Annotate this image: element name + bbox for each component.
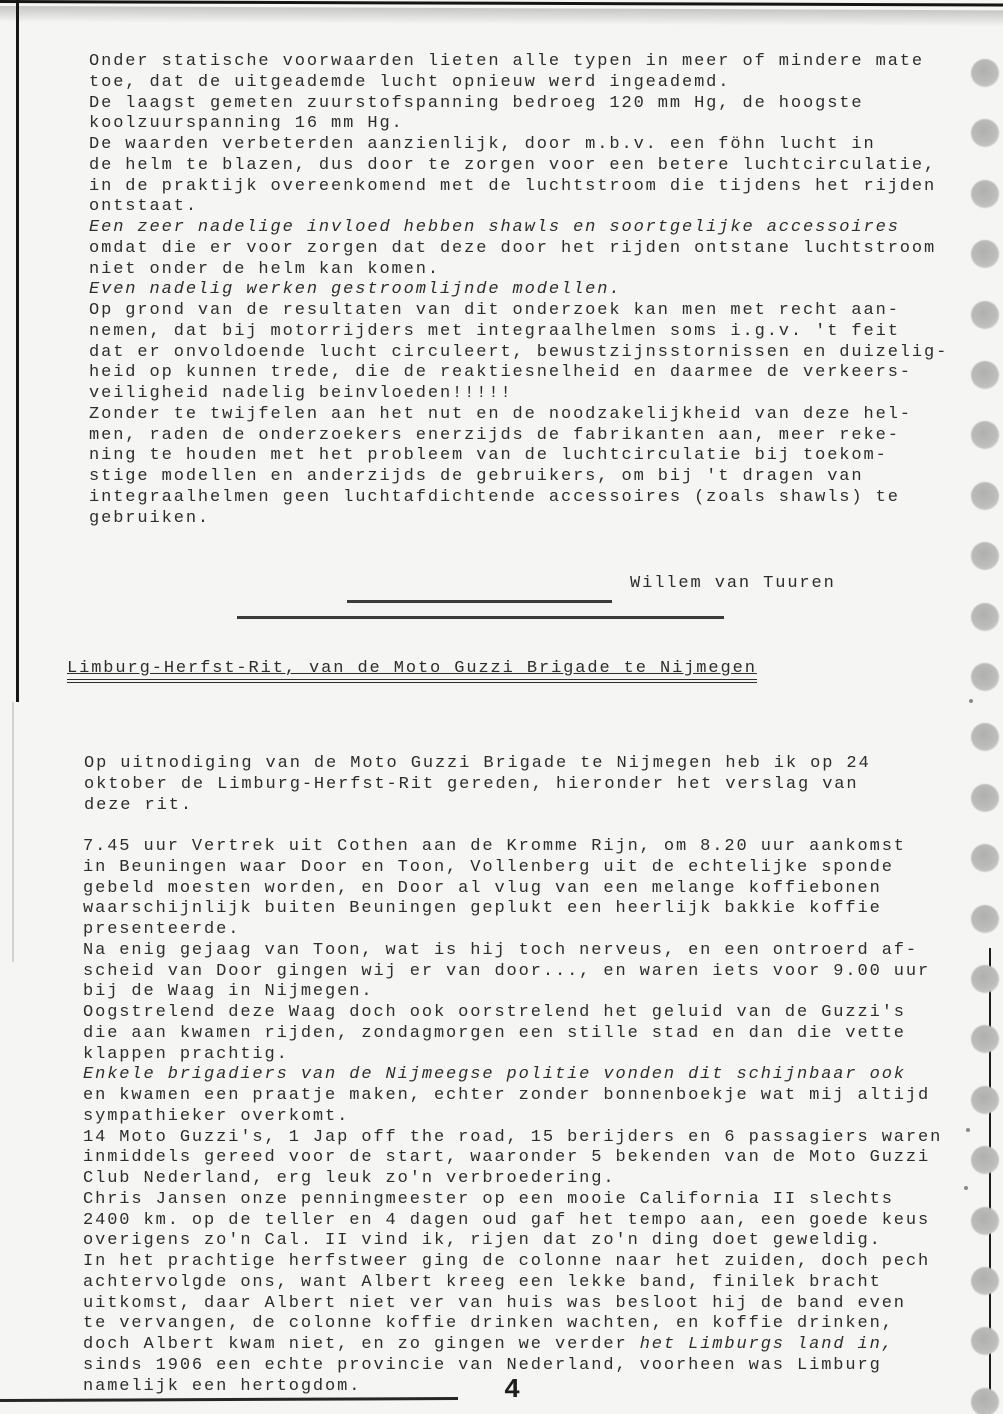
text-line: De waarden verbeterden aanzienlijk, door… xyxy=(89,135,948,156)
text-line: sympathieker overkomt. xyxy=(83,1107,942,1128)
text-line: Een zeer nadelige invloed hebben shawls … xyxy=(89,218,948,239)
text-segment: stige modellen en anderzijds de gebruike… xyxy=(89,467,864,486)
text-line: Chris Jansen onze penningmeester op een … xyxy=(83,1190,942,1211)
text-segment-italic: het Limburgs land in, xyxy=(640,1335,894,1354)
section-heading: Limburg-Herfst-Rit, van de Moto Guzzi Br… xyxy=(67,659,757,683)
text-line: De laagst gemeten zuurstofspanning bedro… xyxy=(89,94,948,115)
text-line: scheid van Door gingen wij er van door..… xyxy=(83,962,942,983)
binder-hole xyxy=(971,59,999,87)
helmet-article-paragraphs: Onder statische voorwaarden lieten alle … xyxy=(89,52,948,529)
binder-hole xyxy=(971,1025,999,1053)
text-segment: 14 Moto Guzzi's, 1 Jap off the road, 15 … xyxy=(83,1128,942,1147)
text-line: 2400 km. op de teller en 4 dagen oud gaf… xyxy=(83,1211,942,1232)
text-segment: gebruiken. xyxy=(89,509,210,528)
scan-bottom-rule xyxy=(0,1397,458,1402)
text-line: veiligheid nadelig beinvloeden!!!!! xyxy=(89,384,948,405)
binder-hole xyxy=(971,905,999,933)
text-line: en kwamen een praatje maken, echter zond… xyxy=(83,1086,942,1107)
text-segment: In het prachtige herfstweer ging de colo… xyxy=(83,1252,930,1271)
signature: Willem van Tuuren xyxy=(630,574,836,595)
typed-rule-short xyxy=(347,600,612,603)
text-segment-italic: Enkele brigadiers van de Nijmeegse polit… xyxy=(83,1065,906,1084)
text-line: waarschijnlijk buiten Beuningen geplukt … xyxy=(83,899,942,920)
text-segment: sinds 1906 een echte provincie van Neder… xyxy=(83,1356,882,1375)
text-line: koolzuurspanning 16 mm Hg. xyxy=(89,114,948,135)
text-line: nemen, dat bij motorrijders met integraa… xyxy=(89,322,948,343)
ride-report-body: 7.45 uur Vertrek uit Cothen aan de Kromm… xyxy=(83,837,942,1397)
binder-hole xyxy=(971,482,999,510)
text-line: doch Albert kwam niet, en zo gingen we v… xyxy=(83,1335,942,1356)
binder-hole xyxy=(971,119,999,147)
text-segment: Oogstrelend deze Waag doch ook oorstrele… xyxy=(83,1003,906,1022)
text-line: ontstaat. xyxy=(89,197,948,218)
binder-hole xyxy=(971,301,999,329)
binder-hole xyxy=(971,180,999,208)
text-segment: niet onder de helm kan komen. xyxy=(89,260,440,279)
binder-hole xyxy=(971,603,999,631)
binder-hole xyxy=(971,1146,999,1174)
text-segment: Op uitnodiging van de Moto Guzzi Brigade… xyxy=(84,754,871,773)
binder-hole xyxy=(971,1388,999,1414)
text-segment: toe, dat de uitgeademde lucht opnieuw we… xyxy=(89,73,730,92)
text-line: In het prachtige herfstweer ging de colo… xyxy=(83,1252,942,1273)
text-segment: De laagst gemeten zuurstofspanning bedro… xyxy=(89,94,864,113)
text-line: klappen prachtig. xyxy=(83,1045,942,1066)
scan-speck xyxy=(969,699,973,703)
text-segment: koolzuurspanning 16 mm Hg. xyxy=(89,114,404,133)
text-segment: 2400 km. op de teller en 4 dagen oud gaf… xyxy=(83,1211,930,1230)
text-segment: bij de Waag in Nijmegen. xyxy=(83,982,373,1001)
text-segment: 7.45 uur Vertrek uit Cothen aan de Kromm… xyxy=(83,837,906,856)
document-page: Onder statische voorwaarden lieten alle … xyxy=(0,0,1003,1414)
text-line: presenteerde. xyxy=(83,920,942,941)
text-segment: en kwamen een praatje maken, echter zond… xyxy=(83,1086,930,1105)
text-line: oktober de Limburg-Herfst-Rit gereden, h… xyxy=(84,775,871,796)
text-line: in Beuningen waar Door en Toon, Vollenbe… xyxy=(83,858,942,879)
text-segment: achtervolgde ons, want Albert kreeg een … xyxy=(83,1273,882,1292)
text-segment: overigens zo'n Cal. II vind ik, rijen da… xyxy=(83,1231,882,1250)
scan-speck xyxy=(966,1128,970,1132)
binder-hole xyxy=(971,1267,999,1295)
text-line: Na enig gejaag van Toon, wat is hij toch… xyxy=(83,941,942,962)
text-segment: heid op kunnen trede, die de reaktiesnel… xyxy=(89,363,912,382)
text-line: men, raden de onderzoekers enerzijds de … xyxy=(89,426,948,447)
text-segment: scheid van Door gingen wij er van door..… xyxy=(83,962,930,981)
text-line: gebeld moesten worden, en Door al vlug v… xyxy=(83,879,942,900)
text-line: Op uitnodiging van de Moto Guzzi Brigade… xyxy=(84,754,871,775)
text-segment: Onder statische voorwaarden lieten alle … xyxy=(89,52,924,71)
text-segment-italic: Een zeer nadelige invloed hebben shawls … xyxy=(89,218,900,237)
binder-hole xyxy=(971,723,999,751)
binder-hole xyxy=(971,421,999,449)
text-line: niet onder de helm kan komen. xyxy=(89,260,948,281)
text-segment: deze rit. xyxy=(84,796,193,815)
scan-top-shadow xyxy=(0,6,1003,26)
text-segment: doch Albert kwam niet, en zo gingen we v… xyxy=(83,1335,640,1354)
text-line: Oogstrelend deze Waag doch ook oorstrele… xyxy=(83,1003,942,1024)
text-line: toe, dat de uitgeademde lucht opnieuw we… xyxy=(89,73,948,94)
text-segment: dat er onvoldoende lucht circuleert, bew… xyxy=(89,343,948,362)
text-line: integraalhelmen geen luchtafdichtende ac… xyxy=(89,488,948,509)
text-line: de helm te blazen, dus door te zorgen vo… xyxy=(89,156,948,177)
text-segment: Na enig gejaag van Toon, wat is hij toch… xyxy=(83,941,918,960)
text-line: Op grond van de resultaten van dit onder… xyxy=(89,301,948,322)
text-segment: Chris Jansen onze penningmeester op een … xyxy=(83,1190,894,1209)
text-segment: gebeld moesten worden, en Door al vlug v… xyxy=(83,879,882,898)
text-line: inmiddels gereed voor de start, waaronde… xyxy=(83,1148,942,1169)
text-segment: integraalhelmen geen luchtafdichtende ac… xyxy=(89,488,900,507)
binder-hole xyxy=(971,1207,999,1235)
text-segment: die aan kwamen rijden, zondagmorgen een … xyxy=(83,1024,906,1043)
text-segment: Club Nederland, erg leuk zo'n verbroeder… xyxy=(83,1169,615,1188)
binder-hole xyxy=(971,1327,999,1355)
text-segment: nemen, dat bij motorrijders met integraa… xyxy=(89,322,900,341)
text-segment: namelijk een hertogdom. xyxy=(83,1377,361,1396)
text-line: sinds 1906 een echte provincie van Neder… xyxy=(83,1356,942,1377)
scan-speck xyxy=(964,1186,968,1190)
text-segment: men, raden de onderzoekers enerzijds de … xyxy=(89,426,900,445)
text-segment: inmiddels gereed voor de start, waaronde… xyxy=(83,1148,930,1167)
text-line: heid op kunnen trede, die de reaktiesnel… xyxy=(89,363,948,384)
text-line: 14 Moto Guzzi's, 1 Jap off the road, 15 … xyxy=(83,1128,942,1149)
text-segment: te vervangen, de colonne koffie drinken … xyxy=(83,1314,894,1333)
binder-hole xyxy=(971,784,999,812)
text-line: uitkomst, daar Albert niet ver van huis … xyxy=(83,1294,942,1315)
section-heading-text: Limburg-Herfst-Rit, van de Moto Guzzi Br… xyxy=(67,659,757,683)
binder-hole xyxy=(971,663,999,691)
scan-left-edge-line xyxy=(16,0,19,702)
text-segment: Op grond van de resultaten van dit onder… xyxy=(89,301,900,320)
text-segment: Zonder te twijfelen aan het nut en de no… xyxy=(89,405,912,424)
text-line: Enkele brigadiers van de Nijmeegse polit… xyxy=(83,1065,942,1086)
text-line: achtervolgde ons, want Albert kreeg een … xyxy=(83,1273,942,1294)
scan-left-edge-faint xyxy=(12,702,14,962)
text-segment: oktober de Limburg-Herfst-Rit gereden, h… xyxy=(84,775,859,794)
text-segment: waarschijnlijk buiten Beuningen geplukt … xyxy=(83,899,882,918)
text-line: dat er onvoldoende lucht circuleert, bew… xyxy=(89,343,948,364)
text-segment: veiligheid nadelig beinvloeden!!!!! xyxy=(89,384,513,403)
text-segment: presenteerde. xyxy=(83,920,240,939)
text-line: bij de Waag in Nijmegen. xyxy=(83,982,942,1003)
text-line: Onder statische voorwaarden lieten alle … xyxy=(89,52,948,73)
text-segment: omdat die er voor zorgen dat deze door h… xyxy=(89,239,936,258)
text-segment: in de praktijk overeenkomend met de luch… xyxy=(89,177,936,196)
text-segment: uitkomst, daar Albert niet ver van huis … xyxy=(83,1294,906,1313)
text-segment: sympathieker overkomt. xyxy=(83,1107,349,1126)
text-line: stige modellen en anderzijds de gebruike… xyxy=(89,467,948,488)
text-line: overigens zo'n Cal. II vind ik, rijen da… xyxy=(83,1231,942,1252)
binder-hole xyxy=(971,844,999,872)
text-segment-italic: Even nadelig werken gestroomlijnde model… xyxy=(89,280,621,299)
text-line: Even nadelig werken gestroomlijnde model… xyxy=(89,280,948,301)
text-line: te vervangen, de colonne koffie drinken … xyxy=(83,1314,942,1335)
text-line: omdat die er voor zorgen dat deze door h… xyxy=(89,239,948,260)
binder-hole xyxy=(971,361,999,389)
scan-top-edge-line xyxy=(0,0,1003,7)
text-line: gebruiken. xyxy=(89,509,948,530)
text-line: ning te houden met het probleem van de l… xyxy=(89,446,948,467)
text-line: Club Nederland, erg leuk zo'n verbroeder… xyxy=(83,1169,942,1190)
binder-hole xyxy=(971,1086,999,1114)
typed-rule-long xyxy=(237,616,724,619)
text-segment: klappen prachtig. xyxy=(83,1045,289,1064)
binder-hole xyxy=(971,965,999,993)
text-line: in de praktijk overeenkomend met de luch… xyxy=(89,177,948,198)
text-line: Zonder te twijfelen aan het nut en de no… xyxy=(89,405,948,426)
binder-hole xyxy=(971,240,999,268)
binder-hole xyxy=(971,542,999,570)
text-segment: ontstaat. xyxy=(89,197,198,216)
text-segment: ning te houden met het probleem van de l… xyxy=(89,446,888,465)
text-segment: De waarden verbeterden aanzienlijk, door… xyxy=(89,135,876,154)
ride-report-intro: Op uitnodiging van de Moto Guzzi Brigade… xyxy=(84,754,871,816)
text-line: die aan kwamen rijden, zondagmorgen een … xyxy=(83,1024,942,1045)
page-number: 4 xyxy=(504,1376,521,1406)
text-segment: de helm te blazen, dus door te zorgen vo… xyxy=(89,156,936,175)
text-segment: in Beuningen waar Door en Toon, Vollenbe… xyxy=(83,858,894,877)
text-line: deze rit. xyxy=(84,796,871,817)
text-line: 7.45 uur Vertrek uit Cothen aan de Kromm… xyxy=(83,837,942,858)
